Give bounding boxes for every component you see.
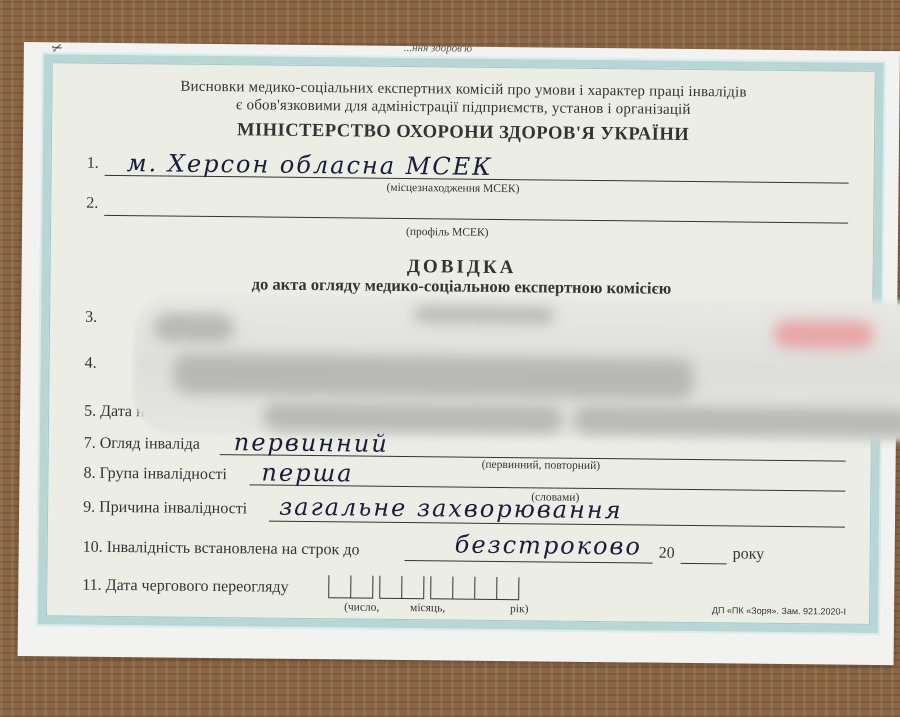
field-2-number: 2. (86, 195, 98, 212)
caption-year: рік) (510, 603, 528, 615)
month-boxes (379, 576, 424, 599)
field-10-line (405, 560, 653, 564)
field-4-number: 4. (85, 355, 97, 372)
field-2: 2. (профіль МСЕК) (86, 195, 848, 221)
printer-mark: ДП «ПК «Зоря». Зам. 921.2020-І (712, 605, 846, 616)
field-11-label: 11. Дата чергового переогляду (82, 577, 288, 596)
field-8-handwritten: перша (261, 459, 353, 488)
field-10-year-prefix: 20 (659, 545, 675, 563)
caption-day: (число, (344, 601, 379, 613)
day-boxes (328, 575, 373, 598)
field-11: 11. Дата чергового переогляду (число, мі… (82, 577, 844, 603)
field-1: 1. м. Херсон обласна МСЕК (місцезнаходже… (87, 155, 849, 181)
redacted-personal-data (133, 293, 900, 441)
torn-header-fragment: ...ння здоров'ю (404, 42, 472, 55)
field-9-label: 9. Причина інвалідності (83, 499, 247, 518)
caption-month: місяць, (410, 602, 445, 614)
field-10: 10. Інвалідність встановлена на строк до… (83, 539, 845, 565)
document-frame: Висновки медико-соціальних експертних ко… (36, 52, 886, 635)
field-10-handwritten: безстроково (455, 531, 642, 561)
review-date-boxes (328, 575, 519, 600)
field-7-handwritten: первинний (234, 428, 389, 458)
ministry-title: МІНІСТЕРСТВО ОХОРОНИ ЗДОРОВ'Я УКРАЇНИ (51, 118, 875, 148)
field-2-caption: (профіль МСЕК) (406, 226, 489, 239)
field-8-label: 8. Група інвалідності (83, 465, 227, 484)
field-1-number: 1. (87, 155, 99, 172)
legal-notice: Висновки медико-соціальних експертних ко… (51, 76, 875, 121)
field-7-label: 7. Огляд інваліда (84, 435, 200, 453)
certificate-paper: ✂ ✂ ...ння здоров'ю Висновки медико-соці… (18, 42, 900, 665)
field-9-handwritten: загальне захворювання (279, 493, 623, 525)
field-3-number: 3. (85, 309, 97, 326)
field-9: 9. Причина інвалідності загальне захворю… (83, 499, 845, 525)
year-boxes (430, 576, 519, 600)
field-2-line (104, 215, 848, 224)
field-10-year-suffix: року (733, 545, 765, 563)
field-1-caption: (місцезнаходження МСЕК) (386, 182, 519, 195)
field-1-handwritten: м. Херсон обласна МСЕК (127, 149, 493, 181)
field-10-year-line (681, 563, 727, 564)
field-8: 8. Група інвалідності перша (словами) (83, 465, 845, 491)
field-10-label: 10. Інвалідність встановлена на строк до (83, 539, 360, 559)
